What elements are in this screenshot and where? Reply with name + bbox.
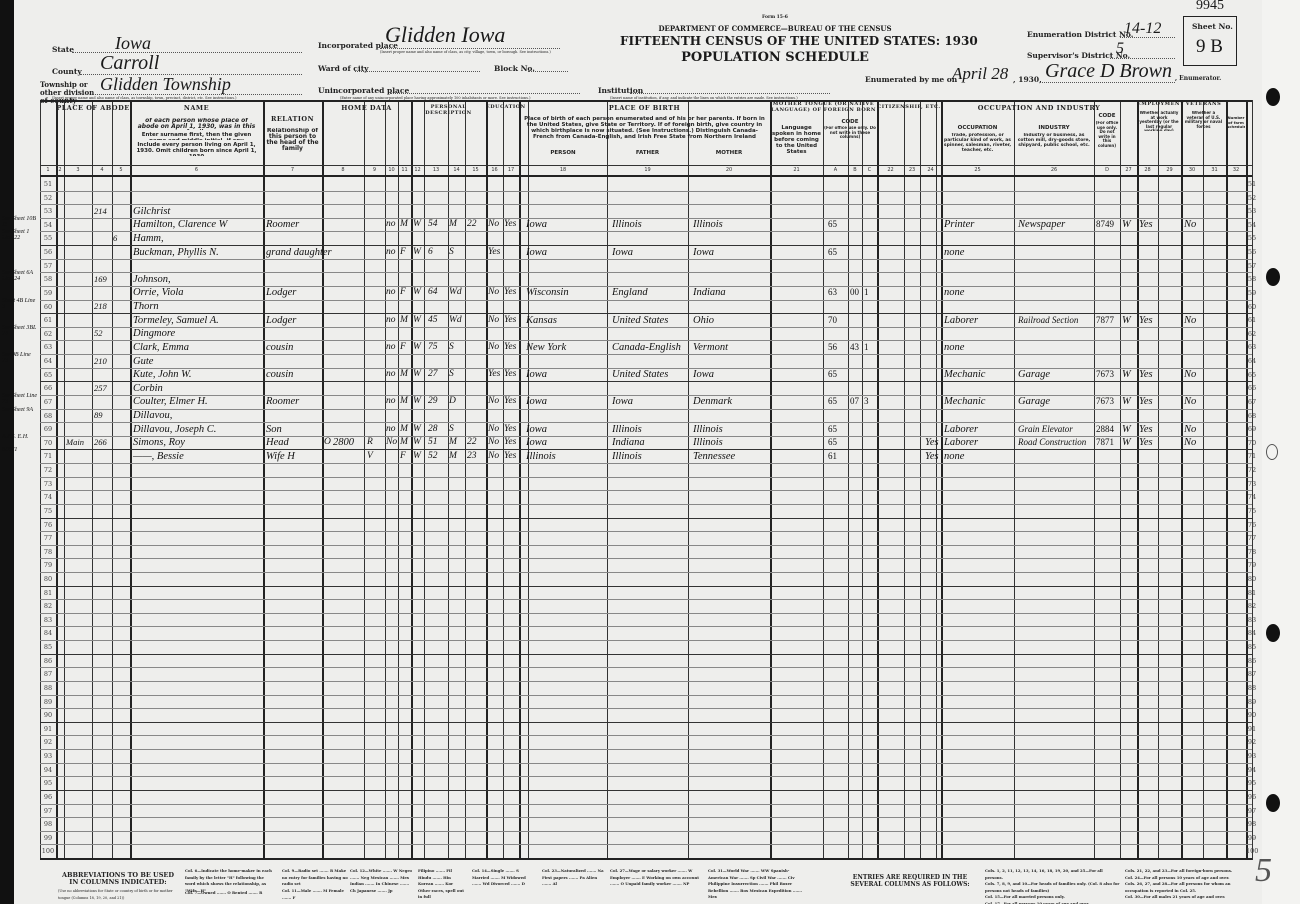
group-name: NAME [130,104,263,112]
row-divider [40,165,1252,166]
line-number-right: 64 [1246,357,1258,365]
column-number: C [862,167,877,173]
relation-cell: Head [266,436,289,449]
col11-note: Col. 11—Male ....... M Female ....... F [282,888,352,901]
industry-description: Industry or business, as cotton mill, dr… [1016,133,1092,155]
industry-head: INDUSTRY [1016,125,1092,131]
relation-cell: Lodger [266,286,296,299]
marital-cell: S [449,246,454,259]
occ-code-cell: 7673 [1096,368,1114,381]
census-title: FIFTEENTH CENSUS OF THE UNITED STATES: 1… [620,34,930,48]
code-a-cell: 56 [828,341,837,354]
farm-cell: no [386,423,396,436]
line-number-right: 94 [1246,766,1258,774]
line-number: 95 [40,779,56,787]
occupation-cell: Laborer [944,423,978,436]
line-number-right: 57 [1246,262,1258,270]
name-cell: Dingmore [133,327,175,340]
line-number: 63 [40,343,56,351]
column-divider [877,100,879,860]
column-number: 23 [904,167,920,173]
race-cell: W [413,436,421,449]
line-number-right: 83 [1246,616,1258,624]
veterans-description: Whether a veteran of U.S. military or na… [1183,111,1224,131]
age-cell: 27 [428,368,438,381]
birth-person-cell: Wisconsin [526,286,569,299]
line-number: 98 [40,820,56,828]
code-head: CODE [823,119,877,125]
row-divider [40,409,1252,410]
line-number: 84 [40,629,56,637]
radio-cell: R [367,436,373,449]
line-number-right: 51 [1246,180,1258,188]
line-number: 71 [40,452,56,460]
line-number-right: 63 [1246,343,1258,351]
farm-cell: no [386,286,396,299]
name-cell: Hamilton, Clarence W [133,218,227,231]
code-b-cell: 43 [850,341,859,354]
relation-cell: cousin [266,341,293,354]
occupation-cell: none [944,450,964,463]
line-number-right: 70 [1246,439,1258,447]
binder-hole [1266,88,1280,106]
unincorporated-line [390,93,580,94]
line-number-right: 78 [1246,548,1258,556]
supervisor-line [1110,58,1175,59]
column-number: 14 [448,167,465,173]
house-number-cell: 169 [94,273,107,286]
name-cell: Gute [133,355,153,368]
column-number: 20 [688,167,770,173]
col7-note: Col. 7—Owned ....... O Rented ....... R [185,890,275,897]
birth-mother-head: MOTHER [688,150,770,158]
industry-cell: Garage [1018,395,1050,408]
name-cell: Thorn [133,300,159,313]
line-number-right: 68 [1246,412,1258,420]
code-a-cell: 65 [828,395,837,408]
column-divider [385,100,386,860]
row-divider [40,613,1252,614]
line-number-right: 80 [1246,575,1258,583]
column-divider [936,100,937,860]
farm-cell: no [386,341,396,354]
class-of-worker-cell: W [1122,423,1131,436]
column-divider [1181,100,1183,860]
line-number-right: 69 [1246,425,1258,433]
line-number: 59 [40,289,56,297]
marital-cell: M [449,436,457,449]
column-divider [688,100,689,860]
state-value: Iowa [115,33,151,54]
line-number: 81 [40,589,56,597]
age-cell: 6 [428,246,433,259]
age-cell: 29 [428,395,438,408]
column-divider [920,100,921,860]
row-divider [40,463,1252,464]
column-number: 18 [519,167,607,173]
column-number: 30 [1181,167,1203,173]
read-write-cell: Yes [504,423,516,436]
age-cell: 54 [428,218,438,231]
row-divider [40,531,1252,532]
margin-note: See Sheet 6A Line 24 [2,270,38,282]
sex-cell: M [400,368,408,381]
industry-cell: Railroad Section [1018,314,1078,327]
line-number: 55 [40,234,56,242]
line-number: 68 [40,412,56,420]
farm-cell: no [386,395,396,408]
line-number-right: 76 [1246,521,1258,529]
code-a-cell: 63 [828,286,837,299]
english-cell: Yes [925,450,939,463]
row-divider [40,640,1252,641]
line-number: 100 [40,847,56,855]
row-divider [40,844,1252,845]
marital-cell: S [449,341,454,354]
group-veterans: VETERANS [1181,101,1226,109]
enumerator-name: Grace D Brown [1045,60,1172,83]
birth-father-cell: United States [612,368,668,381]
block-line [528,71,568,72]
line-number: 73 [40,480,56,488]
column-number: 7 [263,167,322,173]
occupation-cell: Printer [944,218,974,231]
line-number: 64 [40,357,56,365]
column-divider [941,100,943,860]
line-number-right: 75 [1246,507,1258,515]
column-number: 32 [1226,167,1246,173]
age-marriage-cell: 22 [467,218,477,231]
line-number-right: 86 [1246,657,1258,665]
form-number: Form 15-6 [700,15,850,20]
line-number: 61 [40,316,56,324]
farm-cell: no [386,218,396,231]
house-number-cell: 257 [94,382,107,395]
line-number-right: 82 [1246,602,1258,610]
row-divider [40,599,1252,600]
occ-code-cell: 7877 [1096,314,1114,327]
school-cell: Yes [488,246,500,259]
column-divider [862,100,863,860]
row-divider [40,749,1252,750]
line-number: 75 [40,507,56,515]
line-number: 76 [40,521,56,529]
occupation-cell: Mechanic [944,395,985,408]
line-number-right: 60 [1246,303,1258,311]
industry-cell: Grain Elevator [1018,423,1073,436]
marital-cell: Wd [449,286,462,299]
industry-cell: Garage [1018,368,1050,381]
occ-code-head: CODE [1094,113,1120,119]
line-number-right: 97 [1246,807,1258,815]
line-number: 62 [40,330,56,338]
at-work-cell: Yes [1139,218,1153,231]
county-label: County [52,67,82,76]
row-divider [40,490,1252,491]
line-number-right: 65 [1246,371,1258,379]
margin-note: See Sheet Line 23 [2,393,38,405]
entries-line-7: Cols. 26, 27, and 28—For all persons for… [1125,881,1250,894]
group-place-of-birth: PLACE OF BIRTH [519,104,770,112]
birth-father-cell: United States [612,314,668,327]
school-cell: Yes [488,368,500,381]
line-number: 96 [40,793,56,801]
birth-person-cell: Iowa [526,395,547,408]
name-cell: ——, Bessie [133,450,184,463]
county-value: Carroll [100,52,159,75]
age-cell: 28 [428,423,438,436]
line-number-right: 84 [1246,629,1258,637]
occ-code-cell: 2884 [1096,423,1114,436]
row-divider [40,477,1252,478]
line-number: 80 [40,575,56,583]
birth-person-cell: Illinois [526,450,556,463]
column-divider [448,100,449,860]
house-number-cell: 52 [94,327,103,340]
column-divider [64,100,65,860]
race-cell: W [413,368,421,381]
column-number: 22 [877,167,904,173]
entries-block-1: Cols. 1, 2, 11, 12, 13, 14, 16, 18, 19, … [985,868,1120,904]
row-divider [40,354,1252,355]
birth-mother-cell: Tennessee [693,450,735,463]
row-divider [40,695,1252,696]
class-of-worker-cell: W [1122,314,1131,327]
group-occupation: OCCUPATION AND INDUSTRY [941,104,1137,112]
age-cell: 64 [428,286,438,299]
line-number-right: 87 [1246,670,1258,678]
class-of-worker-cell: W [1122,218,1131,231]
code-b-cell: 00 [850,286,859,299]
row-divider [40,300,1252,301]
occ-code-description: (For office use only. Do not write in th… [1094,121,1120,151]
code-a-cell: 65 [828,423,837,436]
column-number: 3 [64,167,92,173]
row-divider [40,722,1252,723]
industry-cell: Newspaper [1018,218,1065,231]
veteran-cell: No [1184,436,1196,449]
name-sub-instruction: Enter surname first, then the given name… [134,132,259,140]
row-divider [40,776,1252,777]
sex-cell: F [400,341,406,354]
row-divider [40,804,1252,805]
line-number: 79 [40,561,56,569]
name-description: of each person whose place of abode on A… [134,118,259,130]
department-title: DEPARTMENT OF COMMERCE—BUREAU OF THE CEN… [635,24,915,33]
name-cell: Hamm, [133,232,164,245]
name-cell: Kute, John W. [133,368,192,381]
line-number: 93 [40,752,56,760]
column-divider [424,100,425,860]
sex-cell: M [400,423,408,436]
line-number-right: 77 [1246,534,1258,542]
farm-cell: no [386,368,396,381]
column-divider [503,100,504,860]
row-divider [40,654,1252,655]
ed-label: Enumeration District No. [1027,30,1133,39]
occ-code-cell: 7673 [1096,395,1114,408]
line-number-right: 74 [1246,493,1258,501]
binder-hole [1266,268,1280,286]
birth-person-head: PERSON [519,150,607,158]
institution-line [630,93,830,94]
at-work-cell: Yes [1139,368,1153,381]
name-cell: Simons, Roy [133,436,185,449]
birth-father-cell: Canada-English [612,341,681,354]
row-divider [40,586,1252,587]
line-number: 83 [40,616,56,624]
group-personal-description: PERSONAL DESCRIPTION [411,104,486,112]
language-description: Language spoken in home before coming to… [772,125,821,153]
line-number-right: 72 [1246,466,1258,474]
relation-cell: cousin [266,368,293,381]
column-number: 13 [424,167,448,173]
class-of-worker-cell: W [1122,395,1131,408]
veteran-cell: No [1184,423,1196,436]
row-divider [40,735,1252,736]
code-a-cell: 65 [828,246,837,259]
column-divider [112,100,113,860]
code-c-cell: 1 [864,286,869,299]
birth-father-cell: Illinois [612,218,642,231]
birth-person-cell: Iowa [526,436,547,449]
column-number: 5 [112,167,130,173]
occupation-cell: none [944,286,964,299]
race-cell: W [413,246,421,259]
line-number-right: 73 [1246,480,1258,488]
column-number: 11 [398,167,411,173]
birth-father-cell: Indiana [612,436,645,449]
row-divider [40,681,1252,682]
line-number: 78 [40,548,56,556]
occupation-head: OCCUPATION [943,125,1012,131]
margin-note: See 9B Line 73 [2,352,38,364]
margin-note: See Sheet 1 Line 22 [2,229,38,241]
group-citizenship: CITIZENSHIP, ETC. [877,104,941,112]
line-number-right: 99 [1246,834,1258,842]
race-cell: W [413,423,421,436]
line-number: 57 [40,262,56,270]
farm-cell: No [386,436,397,449]
marital-cell: D [449,395,456,408]
birth-father-cell: Illinois [612,423,642,436]
sex-cell: F [400,286,406,299]
binder-hole [1266,624,1280,642]
occ-code-cell: 7871 [1096,436,1114,449]
race-cell: W [413,395,421,408]
line-number-right: 61 [1246,316,1258,324]
name-cell: Corbin [133,382,163,395]
school-cell: No [488,436,499,449]
incorporated-value: Glidden Iowa [385,22,505,48]
group-home-data: HOME DATA [322,104,411,112]
col12b-note: Filipino ....... Fil Hindu ....... Hin K… [418,868,466,901]
column-number: 26 [1014,167,1094,173]
line-number-right: 98 [1246,820,1258,828]
column-number: A [823,167,848,173]
column-divider [398,100,399,860]
row-divider [40,449,1252,450]
sex-cell: M [400,314,408,327]
code-a-cell: 61 [828,450,837,463]
school-cell: No [488,341,499,354]
home-value-cell: 2800 [333,436,354,449]
row-divider [40,558,1252,559]
read-write-cell: Yes [504,218,516,231]
read-write-cell: Yes [504,286,516,299]
column-number: 28 [1137,167,1158,173]
row-divider [40,381,1252,382]
at-work-cell: Yes [1139,314,1153,327]
line-number: 90 [40,711,56,719]
race-cell: W [413,314,421,327]
column-number: 6 [130,167,263,173]
enumerated-year: , 1930, [1013,75,1042,84]
column-divider [364,100,365,860]
birth-person-cell: Iowa [526,218,547,231]
column-number: 1 [40,167,56,173]
row-divider [40,572,1252,573]
group-education: EDUCATION [486,104,519,112]
col27-note: Col. 27—Wage or salary worker ....... W … [610,868,705,888]
relation-cell: Son [266,423,282,436]
school-cell: No [488,218,499,231]
line-number-right: 66 [1246,384,1258,392]
column-divider [607,100,608,860]
line-number-right: 96 [1246,793,1258,801]
column-divider [465,100,466,860]
binder-hole [1266,794,1280,812]
line-number-right: 56 [1246,248,1258,256]
line-number-right: 58 [1246,275,1258,283]
line-number-right: 88 [1246,684,1258,692]
line-number: 89 [40,698,56,706]
row-divider [40,175,1252,177]
line-number: 69 [40,425,56,433]
birth-person-cell: Iowa [526,368,547,381]
dwelling-cell: 6 [113,232,117,245]
line-number: 74 [40,493,56,501]
col23-note: Col. 23—Naturalized ....... Na First pap… [542,868,604,888]
line-number-right: 71 [1246,452,1258,460]
occ-code-cell: 8749 [1096,218,1114,231]
column-divider [92,100,93,860]
row-divider [40,504,1252,505]
group-employment: EMPLOYMENT [1137,101,1181,109]
sheet-value: 9 B [1196,36,1223,58]
column-divider [1158,100,1159,860]
line-number-right: 59 [1246,289,1258,297]
veteran-cell: No [1184,218,1196,231]
column-number: 16 [486,167,503,173]
line-number-right: 81 [1246,589,1258,597]
row-divider [40,191,1252,192]
veteran-cell: No [1184,314,1196,327]
birth-person-cell: Iowa [526,423,547,436]
line-number: 54 [40,221,56,229]
code-a-cell: 65 [828,368,837,381]
marital-cell: S [449,368,454,381]
abbreviations-note: (Use no abbreviations for State or count… [58,888,178,901]
column-number: 2 [56,167,64,173]
column-divider [322,100,324,860]
birth-mother-cell: Iowa [693,246,714,259]
line-number: 99 [40,834,56,842]
line-number-right: 90 [1246,711,1258,719]
name-cell: Dillavou, [133,409,172,422]
row-divider [40,231,1252,232]
column-divider [848,100,849,860]
